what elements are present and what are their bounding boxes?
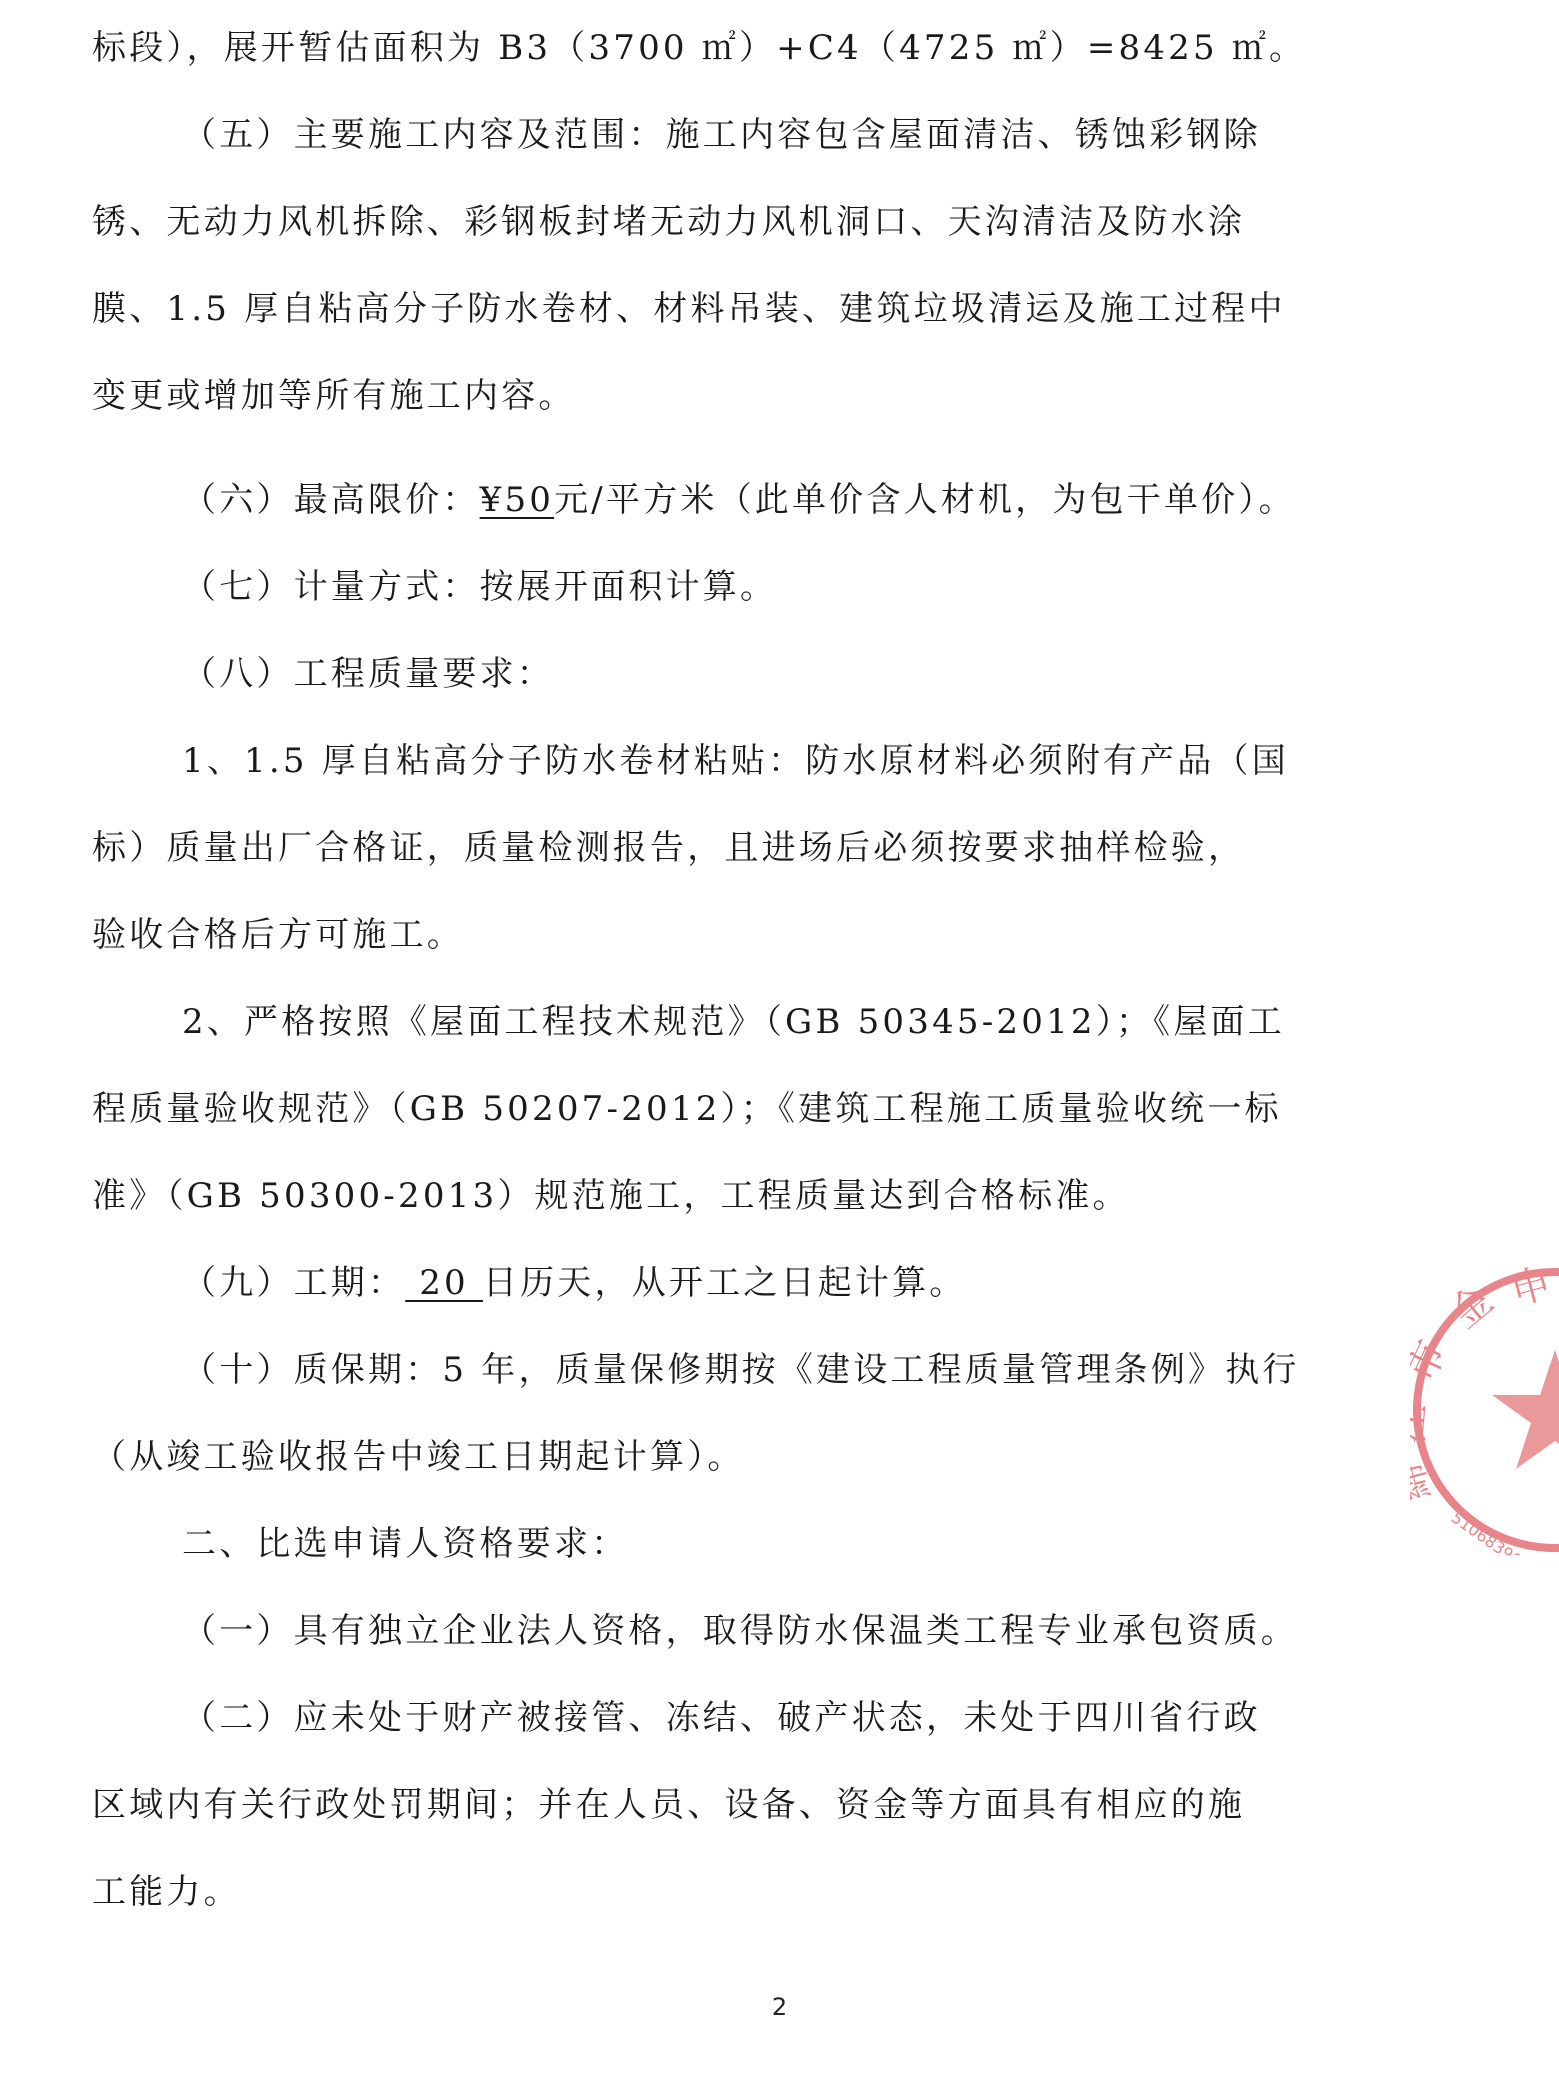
text-line: 膜、1.5 厚自粘高分子防水卷材、材料吊装、建筑垃圾清运及施工过程中: [92, 289, 1286, 329]
text-line: 区域内有关行政处罚期间；并在人员、设备、资金等方面具有相应的施: [92, 1785, 1245, 1825]
duration-line: （九）工期： 20 日历天，从开工之日起计算。: [182, 1263, 967, 1303]
text-line: 验收合格后方可施工。: [92, 915, 464, 955]
text-line: （七）计量方式：按展开面积计算。: [182, 567, 777, 607]
max-price-label: （六）最高限价：: [182, 480, 480, 520]
company-seal-icon: 金 申 市 江 綿 510683900: [1410, 1265, 1559, 1555]
text-line: 工能力。: [92, 1872, 241, 1912]
text-line: （从竣工验收报告中竣工日期起计算）。: [92, 1437, 745, 1477]
text-line: （十）质保期：5 年，质量保修期按《建设工程质量管理条例》执行: [182, 1350, 1300, 1390]
text-line: 标）质量出厂合格证，质量检测报告，且进场后必须按要求抽样检验，: [92, 828, 1245, 868]
duration-note: 日历天，从开工之日起计算。: [483, 1263, 967, 1303]
text-line: 1、1.5 厚自粘高分子防水卷材粘贴：防水原材料必须附有产品（国: [182, 741, 1289, 781]
duration-label: （九）工期：: [182, 1263, 405, 1303]
document-page: 标段），展开暂估面积为 B3（3700 ㎡）+C4（4725 ㎡）=8425 ㎡…: [0, 0, 1559, 2073]
duration-value: 20: [405, 1263, 483, 1303]
text-line: 标段），展开暂估面积为 B3（3700 ㎡）+C4（4725 ㎡）=8425 ㎡…: [92, 28, 1306, 68]
svg-text:申: 申: [1506, 1265, 1557, 1315]
text-line: 2、严格按照《屋面工程技术规范》（GB 50345-2012）；《屋面工: [182, 1002, 1285, 1042]
text-line: 变更或增加等所有施工内容。: [92, 376, 576, 416]
max-price-note: 元/平方米（此单价含人材机，为包干单价）。: [554, 480, 1296, 520]
section-heading: （八）工程质量要求：: [182, 654, 554, 694]
max-price-value: ¥50: [480, 480, 555, 520]
svg-text:市: 市: [1410, 1334, 1456, 1390]
text-line: （五）主要施工内容及范围：施工内容包含屋面清洁、锈蚀彩钢除: [182, 115, 1261, 155]
page-number: 2: [0, 1993, 1559, 2021]
section-heading: 二、比选申请人资格要求：: [182, 1524, 628, 1564]
svg-text:江: 江: [1410, 1402, 1435, 1446]
svg-text:綿: 綿: [1410, 1460, 1439, 1505]
text-line: （一）具有独立企业法人资格，取得防水保温类工程专业承包资质。: [182, 1611, 1298, 1651]
text-line: （二）应未处于财产被接管、冻结、破产状态，未处于四川省行政: [182, 1698, 1261, 1738]
max-price-line: （六）最高限价：¥50元/平方米（此单价含人材机，为包干单价）。: [182, 480, 1296, 520]
svg-text:金: 金: [1442, 1277, 1502, 1338]
text-line: 准》（GB 50300-2013）规范施工，工程质量达到合格标准。: [92, 1176, 1130, 1216]
svg-text:510683900: 510683900: [1448, 1508, 1534, 1555]
text-line: 锈、无动力风机拆除、彩钢板封堵无动力风机洞口、天沟清洁及防水涂: [92, 202, 1245, 242]
text-line: 程质量验收规范》（GB 50207-2012）；《建筑工程施工质量验收统一标: [92, 1089, 1282, 1129]
